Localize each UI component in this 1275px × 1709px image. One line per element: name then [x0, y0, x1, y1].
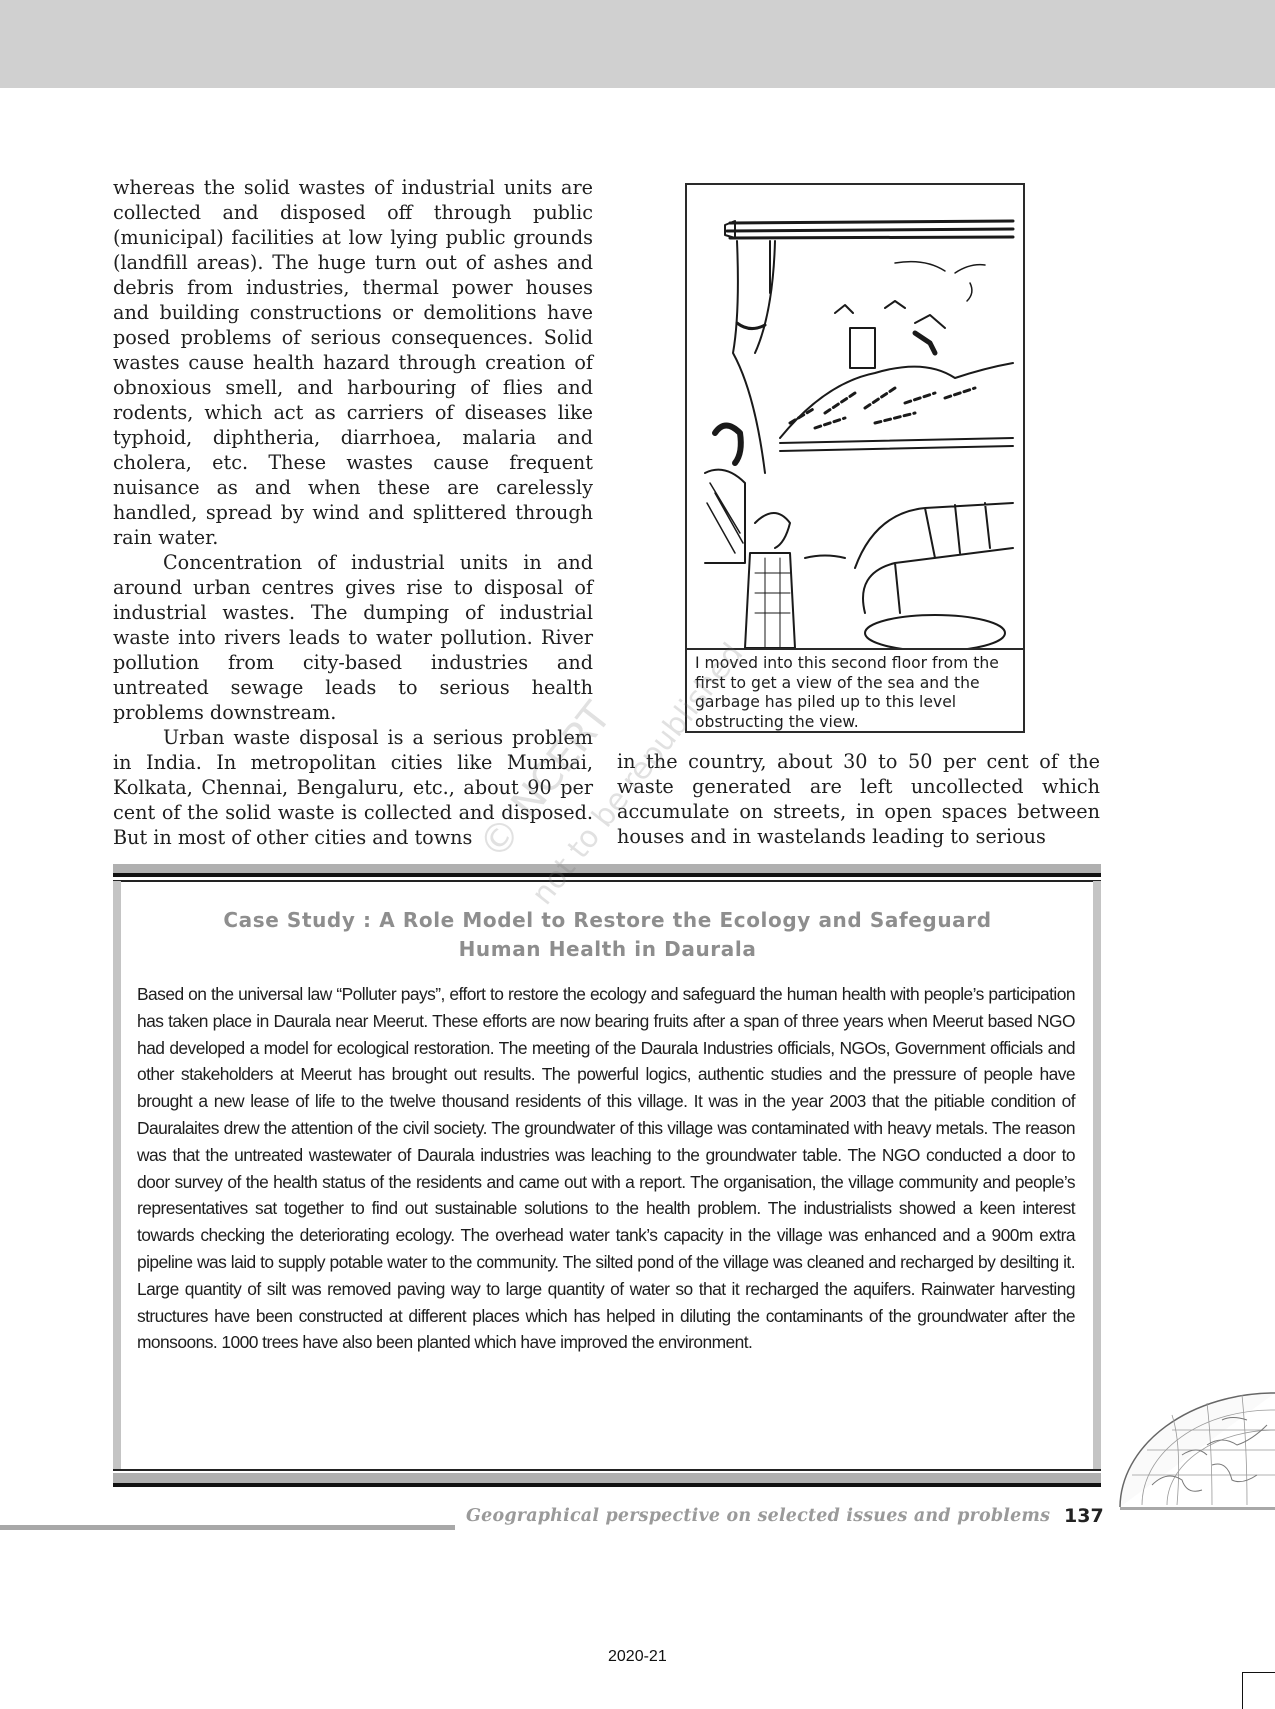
case-study-title-line-1: Case Study : A Role Model to Restore the…	[140, 906, 1075, 935]
case-study-top-rule	[113, 864, 1101, 873]
case-study-right-border	[1093, 881, 1101, 1471]
world-map-hemisphere-icon	[1112, 1385, 1275, 1515]
edition-year: 2020-21	[608, 1648, 667, 1666]
running-title: Geographical perspective on selected iss…	[466, 1506, 1050, 1526]
case-study-top-rule-dark	[113, 873, 1101, 877]
page-number: 137	[1064, 1505, 1104, 1527]
case-study-bottom-rule-thin	[113, 1469, 1101, 1471]
paragraph-solid-wastes: whereas the solid wastes of industrial u…	[113, 175, 593, 550]
top-gray-band	[0, 0, 1275, 88]
case-study-top-rule-thin	[113, 880, 1101, 882]
case-study-bottom-rule	[113, 1473, 1101, 1483]
garbage-cartoon-illustration-icon	[695, 193, 1015, 648]
paragraph-urban-waste: Urban waste disposal is a serious proble…	[113, 725, 593, 850]
case-study-body: Based on the universal law “Polluter pay…	[137, 981, 1075, 1356]
right-text-column: in the country, about 30 to 50 per cent …	[617, 749, 1100, 849]
crop-mark-vertical	[1242, 1672, 1243, 1709]
case-study-title-line-2: Human Health in Daurala	[140, 935, 1075, 964]
left-text-column: whereas the solid wastes of industrial u…	[113, 175, 593, 850]
case-study-bottom-rule-dark	[113, 1483, 1101, 1487]
figure-caption: I moved into this second floor from the …	[687, 648, 1023, 731]
crop-mark-horizontal	[1243, 1672, 1275, 1673]
case-study-left-border	[113, 881, 121, 1471]
paragraph-uncollected-waste: in the country, about 30 to 50 per cent …	[617, 749, 1100, 849]
cartoon-figure: I moved into this second floor from the …	[685, 183, 1025, 733]
case-study-title: Case Study : A Role Model to Restore the…	[140, 906, 1075, 964]
footer-rule	[0, 1525, 455, 1530]
paragraph-industrial-concentration: Concentration of industrial units in and…	[113, 550, 593, 725]
